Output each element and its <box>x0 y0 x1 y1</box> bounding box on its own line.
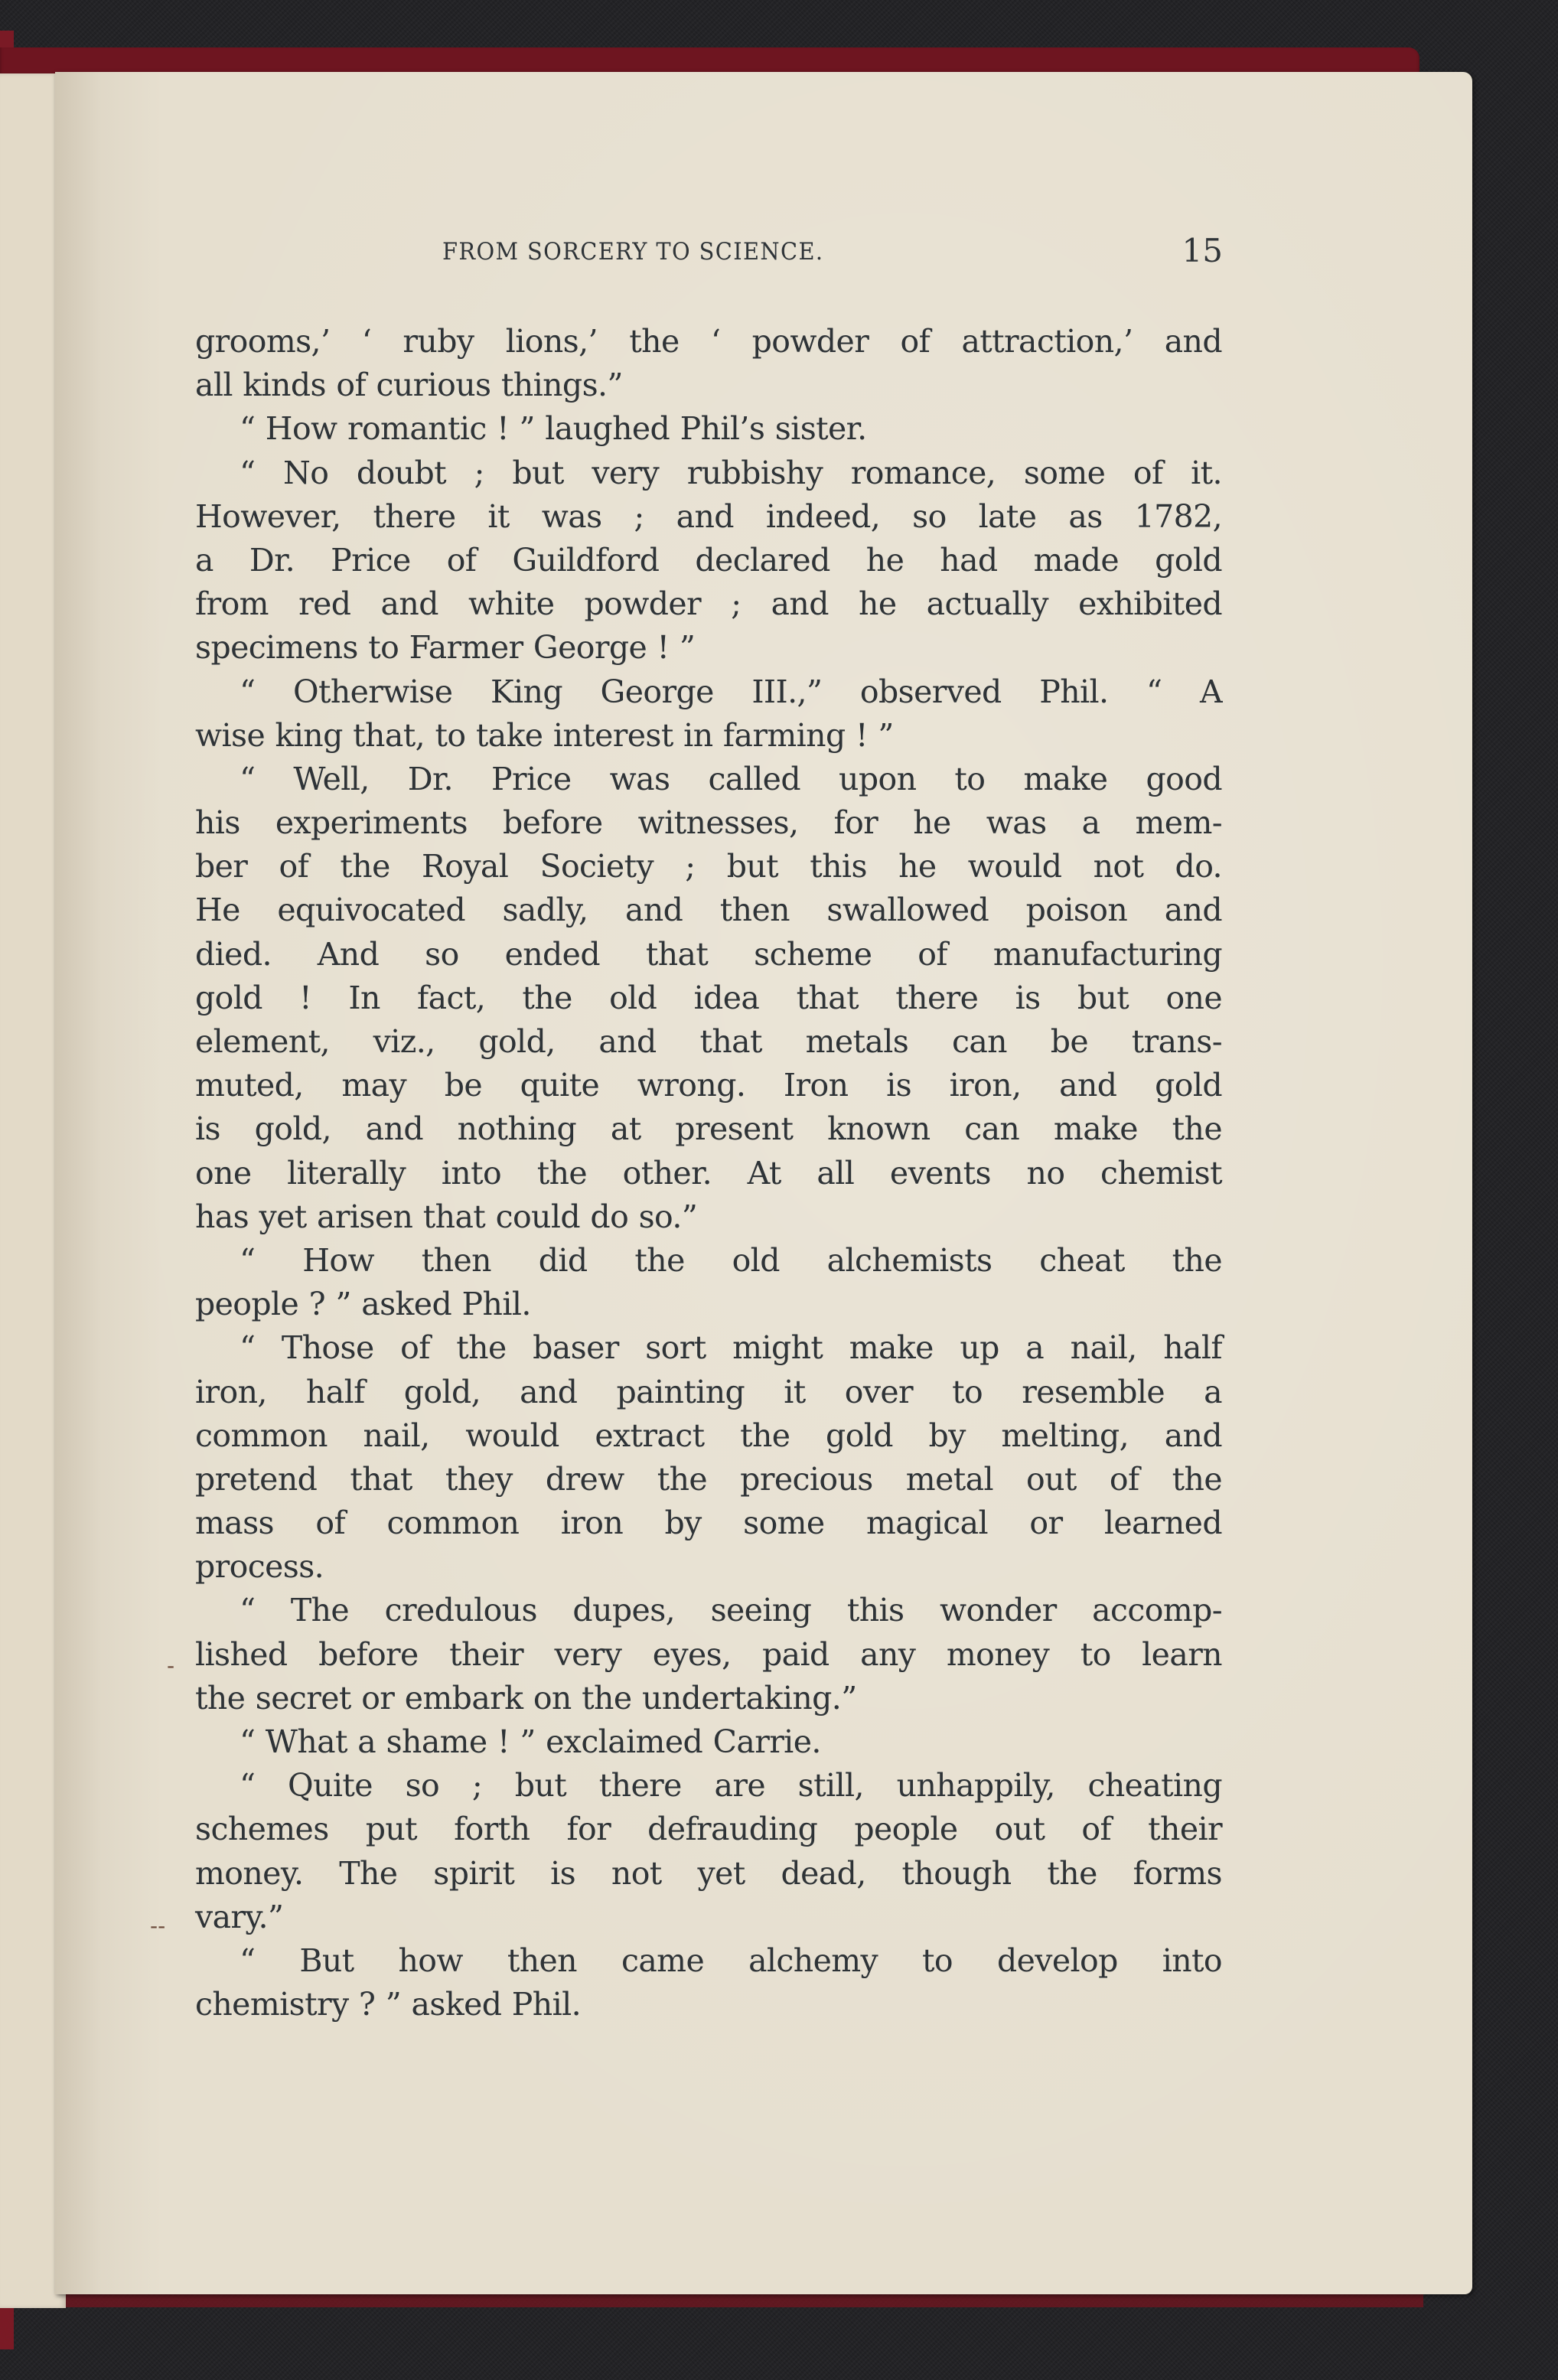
running-head-title: FROM SORCERY TO SCIENCE. <box>442 238 823 266</box>
text-line: specimens to Farmer George ! ” <box>195 626 1222 670</box>
pencil-margin-mark: -- <box>150 1913 165 1938</box>
text-line: chemistry ? ” asked Phil. <box>195 1983 1222 2026</box>
text-line: gold ! In fact, the old idea that there … <box>195 976 1222 1020</box>
text-line: “ What a shame ! ” exclaimed Carrie. <box>195 1720 1222 1764</box>
running-head: FROM SORCERY TO SCIENCE. 15 <box>442 232 1223 278</box>
text-line: pretend that they drew the precious meta… <box>195 1458 1222 1501</box>
body-text: grooms,’ ‘ ruby lions,’ the ‘ powder of … <box>195 320 1222 2026</box>
text-line: muted, may be quite wrong. Iron is iron,… <box>195 1064 1222 1107</box>
text-line: “ But how then came alchemy to develop i… <box>195 1939 1222 1983</box>
text-line: process. <box>195 1545 1222 1589</box>
text-line: from red and white powder ; and he actua… <box>195 582 1222 626</box>
text-line: He equivocated sadly, and then swallowed… <box>195 888 1222 932</box>
text-line: has yet arisen that could do so.” <box>195 1195 1222 1239</box>
text-line: all kinds of curious things.” <box>195 364 1222 407</box>
text-line: his experiments before witnesses, for he… <box>195 801 1222 845</box>
text-line: died. And so ended that scheme of manufa… <box>195 933 1222 976</box>
text-line: “ Those of the baser sort might make up … <box>195 1326 1222 1370</box>
text-line: “ How romantic ! ” laughed Phil’s sister… <box>195 407 1222 451</box>
text-line: ber of the Royal Society ; but this he w… <box>195 845 1222 888</box>
text-line: vary.” <box>195 1896 1222 1939</box>
text-line: mass of common iron by some magical or l… <box>195 1501 1222 1545</box>
book-cover-bottom-edge <box>0 2292 1423 2307</box>
pencil-margin-mark: - <box>167 1653 174 1678</box>
text-line: wise king that, to take interest in farm… <box>195 714 1222 758</box>
text-line: one literally into the other. At all eve… <box>195 1152 1222 1195</box>
text-line: schemes put forth for defrauding people … <box>195 1808 1222 1851</box>
text-line: lished before their very eyes, paid any … <box>195 1633 1222 1677</box>
text-line: grooms,’ ‘ ruby lions,’ the ‘ powder of … <box>195 320 1222 364</box>
text-line: people ? ” asked Phil. <box>195 1283 1222 1326</box>
text-line: “ No doubt ; but very rubbishy romance, … <box>195 452 1222 495</box>
text-line: money. The spirit is not yet dead, thoug… <box>195 1852 1222 1896</box>
text-line: the secret or embark on the undertaking.… <box>195 1677 1222 1720</box>
text-line: “ The credulous dupes, seeing this wonde… <box>195 1589 1222 1632</box>
text-line: is gold, and nothing at present known ca… <box>195 1107 1222 1151</box>
text-line: a Dr. Price of Guildford declared he had… <box>195 539 1222 582</box>
text-line: iron, half gold, and painting it over to… <box>195 1371 1222 1414</box>
text-line: element, viz., gold, and that metals can… <box>195 1020 1222 1064</box>
text-line: common nail, would extract the gold by m… <box>195 1414 1222 1458</box>
text-line: However, there it was ; and indeed, so l… <box>195 495 1222 539</box>
text-line: “ Well, Dr. Price was called upon to mak… <box>195 758 1222 801</box>
text-line: “ Otherwise King George III.,” observed … <box>195 670 1222 714</box>
text-line: “ Quite so ; but there are still, unhapp… <box>195 1764 1222 1808</box>
text-line: “ How then did the old alchemists cheat … <box>195 1239 1222 1283</box>
page-number: 15 <box>1182 232 1223 269</box>
